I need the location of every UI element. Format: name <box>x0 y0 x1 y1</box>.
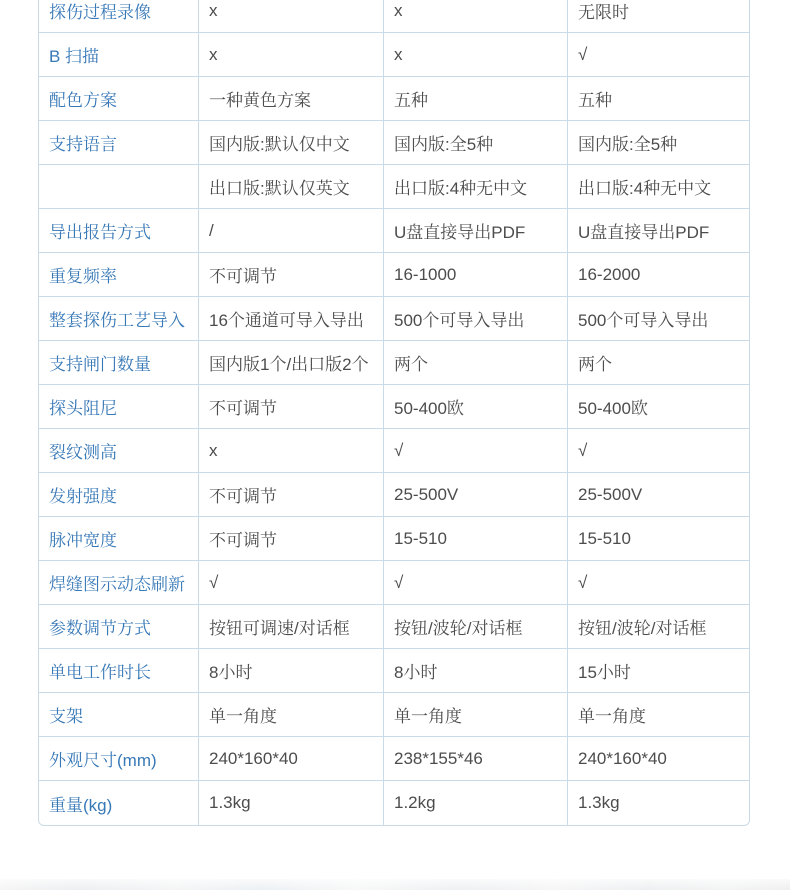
cell-model-b: 15-510 <box>384 517 568 560</box>
cell-model-a: 不可调节 <box>199 253 384 296</box>
spec-comparison-page: 探伤过程录像xx无限时B 扫描xx√配色方案一种黄色方案五种五种支持语言国内版:… <box>0 0 790 890</box>
cell-model-b: 50-400欧 <box>384 385 568 428</box>
row-label: 参数调节方式 <box>39 605 199 648</box>
row-label: 单电工作时长 <box>39 649 199 692</box>
table-row: B 扫描xx√ <box>39 33 749 77</box>
cell-model-a: 国内版:默认仅中文 <box>199 121 384 164</box>
cell-model-c: 25-500V <box>568 473 749 516</box>
table-row: 外观尺寸(mm)240*160*40238*155*46240*160*40 <box>39 737 749 781</box>
cell-model-a: x <box>199 429 384 472</box>
cell-model-a: 16个通道可导入导出 <box>199 297 384 340</box>
table-row: 重量(kg)1.3kg1.2kg1.3kg <box>39 781 749 825</box>
cell-model-b: 16-1000 <box>384 253 568 296</box>
row-label: 探头阻尼 <box>39 385 199 428</box>
cell-model-b: 五种 <box>384 77 568 120</box>
row-label: 支持语言 <box>39 121 199 164</box>
cell-model-b: 两个 <box>384 341 568 384</box>
row-label: 重量(kg) <box>39 781 199 825</box>
cell-model-c: √ <box>568 561 749 604</box>
row-label: 整套探伤工艺导入 <box>39 297 199 340</box>
cell-model-b: 国内版:全5种 <box>384 121 568 164</box>
table-row: 裂纹测高x√√ <box>39 429 749 473</box>
cell-model-b: 500个可导入导出 <box>384 297 568 340</box>
cell-model-c: 1.3kg <box>568 781 749 825</box>
table-row: 导出报告方式/U盘直接导出PDFU盘直接导出PDF <box>39 209 749 253</box>
cell-model-a: x <box>199 33 384 76</box>
cell-model-a: 不可调节 <box>199 385 384 428</box>
cell-model-c: U盘直接导出PDF <box>568 209 749 252</box>
cell-model-b: 1.2kg <box>384 781 568 825</box>
cell-model-b: U盘直接导出PDF <box>384 209 568 252</box>
cell-model-a: 不可调节 <box>199 517 384 560</box>
row-label: 探伤过程录像 <box>39 0 199 32</box>
cell-model-b: 单一角度 <box>384 693 568 736</box>
cell-model-c: 15小时 <box>568 649 749 692</box>
table-row: 重复频率不可调节16-100016-2000 <box>39 253 749 297</box>
cell-model-b: 238*155*46 <box>384 737 568 780</box>
table-row: 发射强度不可调节25-500V25-500V <box>39 473 749 517</box>
cell-model-a: 按钮可调速/对话框 <box>199 605 384 648</box>
cell-model-a: 240*160*40 <box>199 737 384 780</box>
table-row: 探伤过程录像xx无限时 <box>39 0 749 33</box>
cell-model-c: 国内版:全5种 <box>568 121 749 164</box>
cell-model-b: 出口版:4种无中文 <box>384 165 568 208</box>
table-row: 支持闸门数量国内版1个/出口版2个两个两个 <box>39 341 749 385</box>
row-label: 重复频率 <box>39 253 199 296</box>
cell-model-c: √ <box>568 33 749 76</box>
row-label: 裂纹测高 <box>39 429 199 472</box>
cell-model-a: √ <box>199 561 384 604</box>
row-label: 配色方案 <box>39 77 199 120</box>
spec-comparison-table: 探伤过程录像xx无限时B 扫描xx√配色方案一种黄色方案五种五种支持语言国内版:… <box>38 0 750 826</box>
table-row: 探头阻尼不可调节50-400欧50-400欧 <box>39 385 749 429</box>
row-label: B 扫描 <box>39 33 199 76</box>
row-label: 支架 <box>39 693 199 736</box>
row-label: 发射强度 <box>39 473 199 516</box>
cell-model-a: 一种黄色方案 <box>199 77 384 120</box>
cell-model-a: x <box>199 0 384 32</box>
cell-model-c: 16-2000 <box>568 253 749 296</box>
table-row: 脉冲宽度不可调节15-51015-510 <box>39 517 749 561</box>
cell-model-b: √ <box>384 429 568 472</box>
cell-model-c: √ <box>568 429 749 472</box>
table-row: 单电工作时长8小时8小时15小时 <box>39 649 749 693</box>
cell-model-c: 单一角度 <box>568 693 749 736</box>
cell-model-a: / <box>199 209 384 252</box>
table-row: 出口版:默认仅英文出口版:4种无中文出口版:4种无中文 <box>39 165 749 209</box>
cell-model-c: 500个可导入导出 <box>568 297 749 340</box>
cell-model-b: x <box>384 0 568 32</box>
table-row: 支架单一角度单一角度单一角度 <box>39 693 749 737</box>
table-row: 支持语言国内版:默认仅中文国内版:全5种国内版:全5种 <box>39 121 749 165</box>
cell-model-c: 无限时 <box>568 0 749 32</box>
row-label: 外观尺寸(mm) <box>39 737 199 780</box>
row-label: 焊缝图示动态刷新 <box>39 561 199 604</box>
cell-model-c: 240*160*40 <box>568 737 749 780</box>
cell-model-c: 15-510 <box>568 517 749 560</box>
cell-model-a: 单一角度 <box>199 693 384 736</box>
row-label <box>39 165 199 208</box>
cell-model-c: 50-400欧 <box>568 385 749 428</box>
cell-model-c: 两个 <box>568 341 749 384</box>
cell-model-a: 1.3kg <box>199 781 384 825</box>
cell-model-a: 8小时 <box>199 649 384 692</box>
cell-model-a: 不可调节 <box>199 473 384 516</box>
next-section-image-edge <box>0 879 790 890</box>
cell-model-c: 五种 <box>568 77 749 120</box>
row-label: 导出报告方式 <box>39 209 199 252</box>
cell-model-b: √ <box>384 561 568 604</box>
cell-model-b: x <box>384 33 568 76</box>
cell-model-b: 8小时 <box>384 649 568 692</box>
cell-model-c: 出口版:4种无中文 <box>568 165 749 208</box>
table-row: 配色方案一种黄色方案五种五种 <box>39 77 749 121</box>
row-label: 支持闸门数量 <box>39 341 199 384</box>
table-row: 焊缝图示动态刷新√√√ <box>39 561 749 605</box>
cell-model-c: 按钮/波轮/对话框 <box>568 605 749 648</box>
cell-model-a: 出口版:默认仅英文 <box>199 165 384 208</box>
cell-model-b: 按钮/波轮/对话框 <box>384 605 568 648</box>
cell-model-a: 国内版1个/出口版2个 <box>199 341 384 384</box>
table-row: 整套探伤工艺导入16个通道可导入导出500个可导入导出500个可导入导出 <box>39 297 749 341</box>
cell-model-b: 25-500V <box>384 473 568 516</box>
row-label: 脉冲宽度 <box>39 517 199 560</box>
table-row: 参数调节方式按钮可调速/对话框按钮/波轮/对话框按钮/波轮/对话框 <box>39 605 749 649</box>
